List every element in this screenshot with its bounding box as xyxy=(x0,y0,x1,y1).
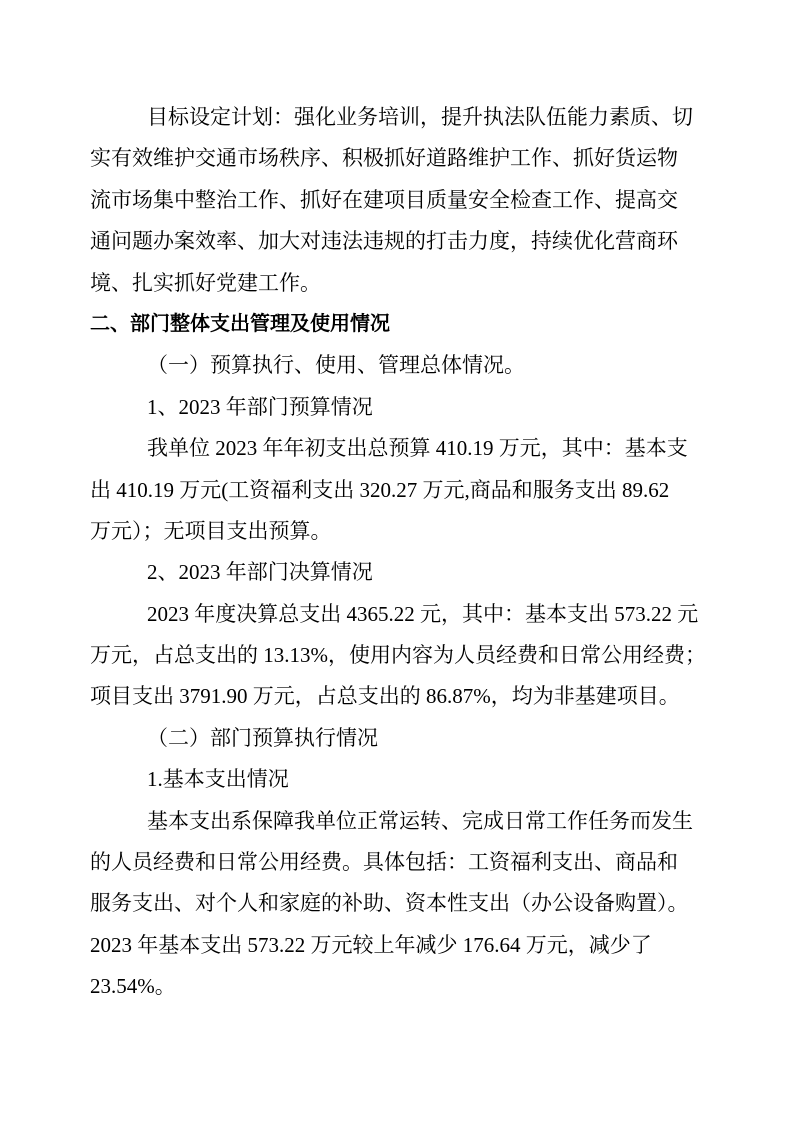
text-line: 通问题办案效率、加大对违法违规的打击力度，持续优化营商环 xyxy=(90,221,710,262)
text-line: 1.基本支出情况 xyxy=(90,759,710,800)
text-line: 目标设定计划：强化业务培训，提升执法队伍能力素质、切 xyxy=(90,97,710,138)
text-line: 23.54%。 xyxy=(90,966,710,1007)
text-line: 服务支出、对个人和家庭的补助、资本性支出（办公设备购置）。 xyxy=(90,883,710,924)
text-line: 我单位 2023 年年初支出总预算 410.19 万元，其中：基本支 xyxy=(90,428,710,469)
text-line: 流市场集中整治工作、抓好在建项目质量安全检查工作、提高交 xyxy=(90,180,710,221)
text-line: 基本支出系保障我单位正常运转、完成日常工作任务而发生 xyxy=(90,801,710,842)
text-line: 2、2023 年部门决算情况 xyxy=(90,552,710,593)
text-line: 1、2023 年部门预算情况 xyxy=(90,387,710,428)
text-line: 万元，占总支出的 13.13%，使用内容为人员经费和日常公用经费； xyxy=(90,635,710,676)
text-line: 实有效维护交通市场秩序、积极抓好道路维护工作、抓好货运物 xyxy=(90,138,710,179)
document-page: 目标设定计划：强化业务培训，提升执法队伍能力素质、切 实有效维护交通市场秩序、积… xyxy=(0,0,793,1122)
text-line: 2023 年度决算总支出 4365.22 元，其中：基本支出 573.22 元 xyxy=(90,594,710,635)
text-line: 2023 年基本支出 573.22 万元较上年减少 176.64 万元，减少了 xyxy=(90,925,710,966)
text-line: 境、扎实抓好党建工作。 xyxy=(90,263,710,304)
document-text-block: 目标设定计划：强化业务培训，提升执法队伍能力素质、切 实有效维护交通市场秩序、积… xyxy=(90,97,710,1008)
text-line: 的人员经费和日常公用经费。具体包括：工资福利支出、商品和 xyxy=(90,842,710,883)
text-line: 出 410.19 万元(工资福利支出 320.27 万元,商品和服务支出 89.… xyxy=(90,470,710,511)
text-line: （二）部门预算执行情况 xyxy=(90,718,710,759)
text-line: 项目支出 3791.90 万元，占总支出的 86.87%，均为非基建项目。 xyxy=(90,676,710,717)
text-line: 万元）；无项目支出预算。 xyxy=(90,511,710,552)
text-line: （一）预算执行、使用、管理总体情况。 xyxy=(90,345,710,386)
section-heading: 二、部门整体支出管理及使用情况 xyxy=(90,304,710,345)
